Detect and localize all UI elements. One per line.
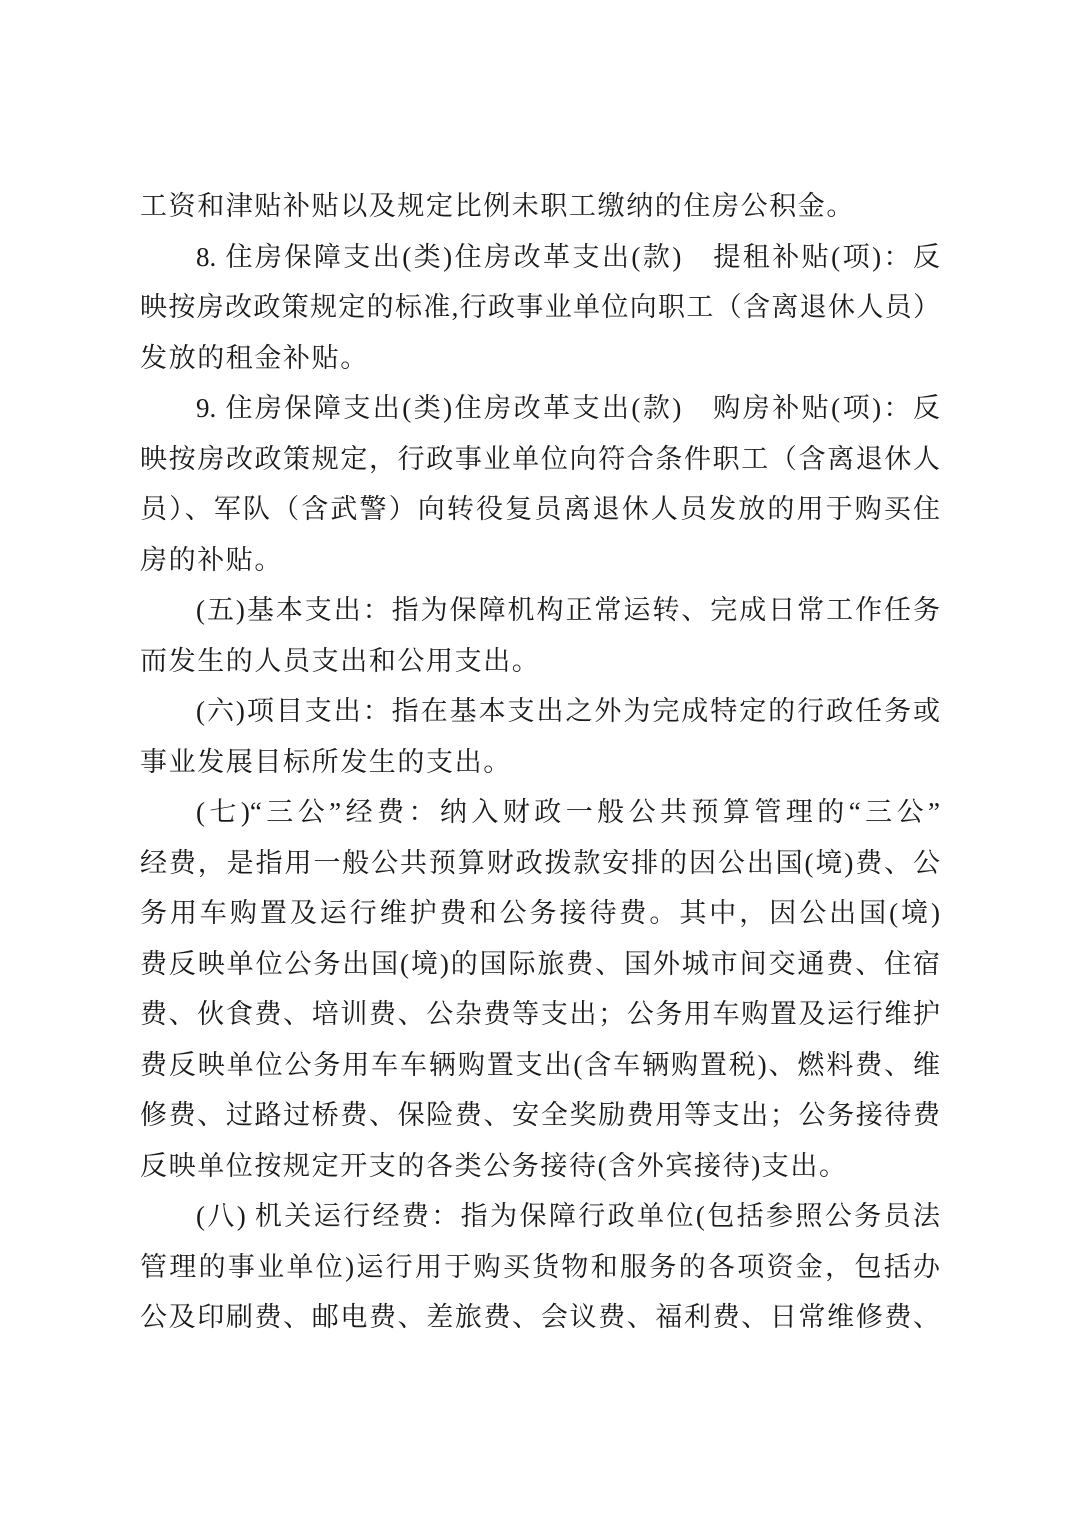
text-line: 反映单位按规定开支的各类公务接待(含外宾接待)支出。 <box>140 1141 940 1192</box>
text-line: 发放的租金补贴。 <box>140 333 940 384</box>
text-line: 费反映单位公务出国(境)的国际旅费、国外城市间交通费、住宿 <box>140 939 940 990</box>
text-line: 映按房改政策规定，行政事业单位向符合条件职工（含离退休人 <box>140 434 940 485</box>
text-line: 务用车购置及运行维护费和公务接待费。其中，因公出国(境) <box>140 888 940 939</box>
text-line: 8. 住房保障支出(类)住房改革支出(款) 提租补贴(项)：反 <box>140 232 940 283</box>
text-line: 修费、过路过桥费、保险费、安全奖励费用等支出；公务接待费 <box>140 1090 940 1141</box>
text-line: (八) 机关运行经费：指为保障行政单位(包括参照公务员法 <box>140 1191 940 1242</box>
text-line: 房的补贴。 <box>140 535 940 586</box>
text-line: 公及印刷费、邮电费、差旅费、会议费、福利费、日常维修费、 <box>140 1292 940 1343</box>
text-line: 费反映单位公务用车车辆购置支出(含车辆购置税)、燃料费、维 <box>140 1040 940 1091</box>
text-line: 管理的事业单位)运行用于购买货物和服务的各项资金，包括办 <box>140 1242 940 1293</box>
text-line: (五)基本支出：指为保障机构正常运转、完成日常工作任务 <box>140 585 940 636</box>
text-line: 经费，是指用一般公共预算财政拨款安排的因公出国(境)费、公 <box>140 838 940 889</box>
text-line: 员）、军队（含武警）向转役复员离退休人员发放的用于购买住 <box>140 484 940 535</box>
text-line: (七)“三公”经费：纳入财政一般公共预算管理的“三公” <box>140 787 940 838</box>
text-line: (六)项目支出：指在基本支出之外为完成特定的行政任务或 <box>140 686 940 737</box>
text-line: 映按房改政策规定的标准,行政事业单位向职工（含离退休人员） <box>140 282 940 333</box>
text-line: 事业发展目标所发生的支出。 <box>140 737 940 788</box>
text-line: 9. 住房保障支出(类)住房改革支出(款) 购房补贴(项)：反 <box>140 383 940 434</box>
text-line: 费、伙食费、培训费、公杂费等支出；公务用车购置及运行维护 <box>140 989 940 1040</box>
document-page: 工资和津贴补贴以及规定比例未职工缴纳的住房公积金。8. 住房保障支出(类)住房改… <box>140 181 940 1343</box>
text-line: 工资和津贴补贴以及规定比例未职工缴纳的住房公积金。 <box>140 181 940 232</box>
text-line: 而发生的人员支出和公用支出。 <box>140 636 940 687</box>
